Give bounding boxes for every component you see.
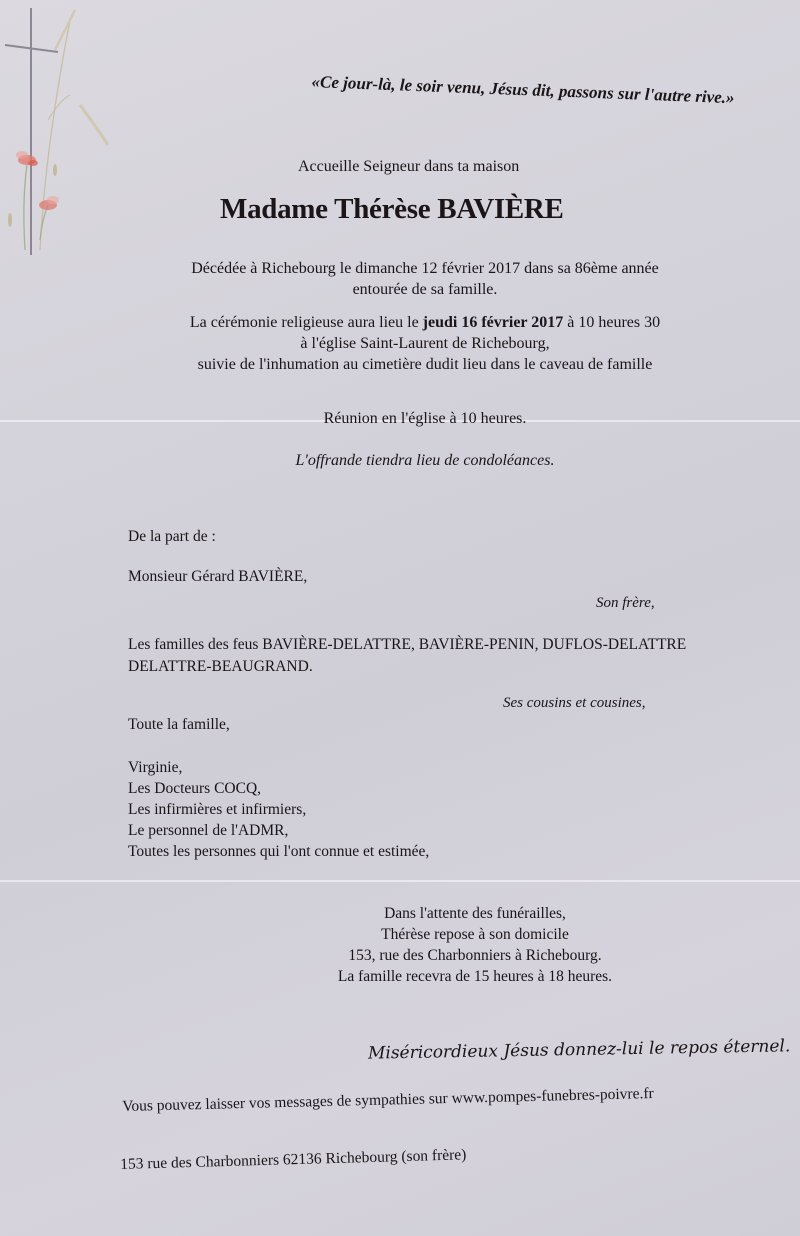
death-notice-line: Décédée à Richebourg le dimanche 12 févr… [0,258,800,279]
wake-details: Dans l'attente des funérailles, Thérèse … [295,903,655,987]
from-label: De la part de : [128,526,216,548]
brother-relation: Son frère, [596,595,655,612]
ceremony-date: jeudi 16 février 2017 [423,314,564,331]
death-notice-line: entourée de sa famille. [0,279,800,300]
contact-address: 153 rue des Charbonniers 62136 Richebour… [120,1146,467,1174]
ceremony-burial: suivie de l'inhumation au cimetière dudi… [0,354,800,375]
meeting-note: Réunion en l'église à 10 heures. [0,408,800,429]
ceremony-time: à 10 heures 30 [563,314,660,331]
families-list: Les familles des feus BAVIÈRE-DELATTRE, … [128,634,686,678]
families-relation: Ses cousins et cousines, [503,695,645,712]
mourner-item: Virginie, [128,757,429,778]
wake-line: Dans l'attente des funérailles, [295,903,655,924]
whole-family: Toute la famille, [128,714,230,736]
paper-fold-line [0,880,800,882]
other-mourners: Virginie, Les Docteurs COCQ, Les infirmi… [128,757,429,862]
wake-line: 153, rue des Charbonniers à Richebourg. [295,945,655,966]
wake-line: La famille recevra de 15 heures à 18 heu… [295,966,655,987]
mourner-item: Le personnel de l'ADMR, [128,820,429,841]
families-line: DELATTRE-BEAUGRAND. [128,656,686,678]
closing-prayer: Miséricordieux Jésus donnez-lui le repos… [368,1036,791,1063]
messages-note: Vous pouvez laisser vos messages de symp… [122,1085,654,1116]
wake-line: Thérèse repose à son domicile [295,924,655,945]
bible-quote: «Ce jour-là, le soir venu, Jésus dit, pa… [311,72,735,108]
deceased-name: Madame Thérèse BAVIÈRE [220,193,564,226]
offering-note: L'offrande tiendra lieu de condoléances. [0,450,800,471]
ceremony-details: La cérémonie religieuse aura lieu le jeu… [0,312,800,375]
mourner-item: Les infirmières et infirmiers, [128,799,429,820]
ceremony-line: La cérémonie religieuse aura lieu le jeu… [0,312,800,333]
ceremony-prefix: La cérémonie religieuse aura lieu le [190,314,423,331]
mourner-item: Toutes les personnes qui l'ont connue et… [128,841,429,862]
death-notice: Décédée à Richebourg le dimanche 12 févr… [0,258,800,300]
cross-and-flowers-icon [0,0,170,260]
families-line: Les familles des feus BAVIÈRE-DELATTRE, … [128,634,686,656]
welcome-line: Accueille Seigneur dans ta maison [298,158,519,176]
ceremony-church: à l'église Saint-Laurent de Richebourg, [0,333,800,354]
mourner-item: Les Docteurs COCQ, [128,778,429,799]
brother-name: Monsieur Gérard BAVIÈRE, [128,566,307,588]
